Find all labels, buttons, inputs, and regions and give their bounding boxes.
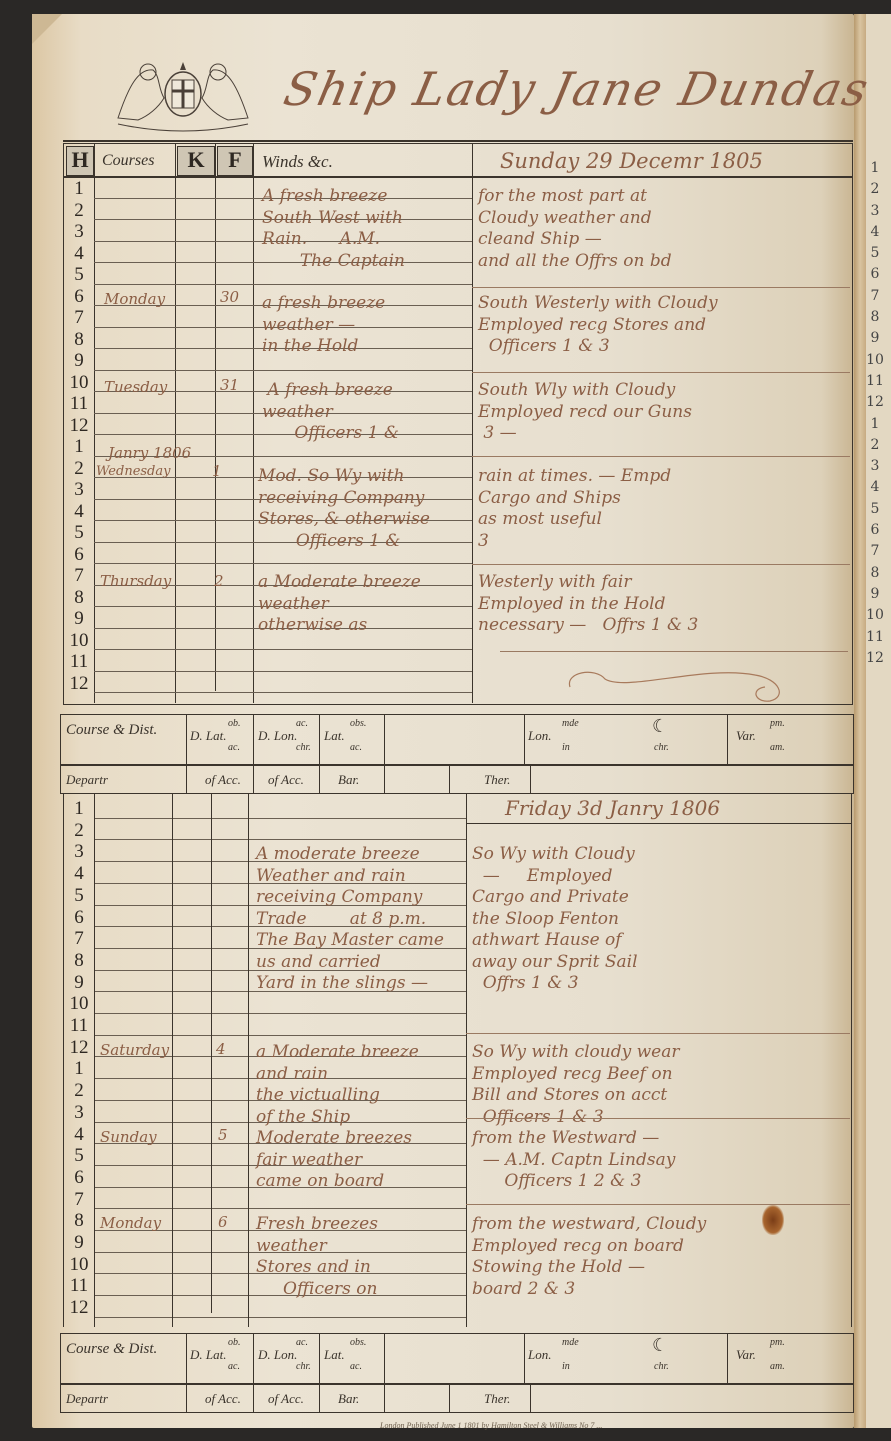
entry-tuesday-right: South Wly with Cloudy Employed recd our … [478, 380, 692, 445]
lon-mde: mde [562, 1337, 579, 1348]
right-border [851, 793, 852, 1327]
hour-number: 12 [64, 673, 94, 695]
day-separator [466, 1118, 850, 1119]
hour-number: 12 [64, 1297, 94, 1319]
diff-lon-label: D. Lon. [258, 728, 297, 744]
var-pm: pm. [770, 718, 785, 729]
hour-number: 5 [64, 1145, 94, 1167]
thermometer-label: Ther. [484, 772, 510, 788]
lat-ac: ac. [350, 742, 362, 753]
winds-col-divider [466, 793, 467, 1327]
diff-lon-label: D. Lon. [258, 1347, 297, 1363]
winds-column-header: Winds &c. [262, 152, 333, 172]
hour-number: 5 [64, 885, 94, 907]
hour-number: 11 [64, 393, 94, 415]
facing-hour-number: 1 [866, 416, 884, 437]
day-separator [466, 1033, 850, 1034]
var-am: am. [770, 742, 785, 753]
hour-number: 11 [64, 651, 94, 673]
fathoms-column-header: F [217, 146, 253, 176]
courses-col-divider [175, 143, 176, 703]
hour-number: 9 [64, 972, 94, 994]
lon-in: in [562, 742, 570, 753]
divider [186, 1333, 187, 1413]
entry-thursday-left: a Moderate breeze weather otherwise as [258, 572, 421, 637]
diff-lon-ac: ac. [296, 1337, 308, 1348]
moon-chr: chr. [654, 1361, 669, 1372]
hour-row-rule [94, 1208, 466, 1209]
moon-icon: ☾ [652, 716, 668, 737]
divider [727, 1333, 728, 1383]
hour-number: 3 [64, 841, 94, 863]
entry-monday-6-right: from the westward, Cloudy Employed recg … [472, 1214, 706, 1300]
lat-ac: ac. [350, 1361, 362, 1372]
hour-row-rule [94, 1013, 466, 1014]
entry-saturday-right: So Wy with cloudy wear Employed recg Bee… [472, 1042, 679, 1128]
hour-row-rule [94, 1317, 466, 1318]
hour-number: 3 [64, 479, 94, 501]
var-label: Var. [736, 728, 756, 744]
day-label-sunday: Sunday [100, 1128, 157, 1146]
course-dist-label: Course & Dist. [66, 722, 157, 739]
diff-lat-label: D. Lat. [190, 728, 226, 744]
facing-hour-number: 8 [866, 565, 884, 586]
hour-number: 4 [64, 243, 94, 265]
of-acc-label: of Acc. [268, 772, 304, 788]
facing-hour-number: 7 [866, 288, 884, 309]
k-col-divider [215, 143, 216, 691]
day-separator [500, 651, 848, 652]
day-separator [472, 372, 850, 373]
hour-number: 11 [64, 1015, 94, 1037]
hour-number: 8 [64, 587, 94, 609]
var-pm: pm. [770, 1337, 785, 1348]
barometer-label: Bar. [338, 772, 359, 788]
hour-col-divider [94, 143, 95, 703]
hour-number: 1 [64, 178, 94, 200]
day-separator [472, 564, 850, 565]
header-rule [63, 176, 853, 178]
divider [384, 1333, 385, 1413]
hour-number: 8 [64, 329, 94, 351]
facing-hour-number: 6 [866, 522, 884, 543]
facing-hour-number: 10 [866, 352, 884, 373]
publisher-imprint: London Published June 1 1801 by Hamilton… [380, 1421, 602, 1430]
hour-row-rule [94, 692, 472, 693]
hour-col-divider [94, 793, 95, 1327]
entry-tuesday-left: A fresh breeze weather Officers 1 & [262, 380, 399, 445]
left-border [63, 793, 64, 1327]
hour-number: 7 [64, 1189, 94, 1211]
entry-friday-left: A moderate breeze Weather and rain recei… [256, 844, 444, 995]
hour-number: 4 [64, 863, 94, 885]
hour-number: 9 [64, 1232, 94, 1254]
entry-monday-6-left: Fresh breezes weather Stores and in Offi… [256, 1214, 378, 1300]
hour-number: 7 [64, 307, 94, 329]
facing-hour-number: 7 [866, 543, 884, 564]
hour-number: 6 [64, 286, 94, 308]
coat-of-arms-icon [98, 58, 268, 132]
hour-number: 1 [64, 436, 94, 458]
facing-hour-number: 6 [866, 266, 884, 287]
entry-wednesday-right: rain at times. — Empd Cargo and Ships as… [478, 466, 671, 552]
moon-icon: ☾ [652, 1335, 668, 1356]
day-label-tuesday: Tuesday [104, 378, 167, 396]
hour-number: 12 [64, 1037, 94, 1059]
hour-row-rule [94, 839, 466, 840]
diff-lat-ac: ac. [228, 742, 240, 753]
hour-number: 6 [64, 544, 94, 566]
courses-col-divider [172, 793, 173, 1327]
facing-hour-number: 4 [866, 224, 884, 245]
hour-number: 3 [64, 1102, 94, 1124]
facing-hour-number: 4 [866, 479, 884, 500]
divider [319, 1333, 320, 1413]
date-label-1: 1 [212, 462, 222, 480]
hour-number: 9 [64, 608, 94, 630]
hour-number: 1 [64, 1058, 94, 1080]
ship-name-title: Ship Lady Jane Dundas [279, 62, 874, 116]
lon-mde: mde [562, 718, 579, 729]
top-date-heading: Sunday 29 Decemr 1805 [500, 149, 763, 173]
facing-hour-number: 10 [866, 607, 884, 628]
course-dist-label: Course & Dist. [66, 1341, 157, 1358]
divider [253, 714, 254, 794]
hour-row-rule [94, 1035, 466, 1036]
hour-column-header: H [66, 146, 94, 176]
top-rule [63, 140, 853, 142]
bottom-date-heading: Friday 3d Janry 1806 [505, 796, 720, 820]
lat-obs: obs. [350, 1337, 366, 1348]
departure-label: Departr [66, 772, 108, 788]
hour-number: 12 [64, 415, 94, 437]
barometer-label: Bar. [338, 1391, 359, 1407]
entry-sunday-left: A fresh breeze South West with Rain. A.M… [262, 186, 405, 272]
date-label-5: 5 [218, 1126, 228, 1144]
day-separator [466, 1204, 850, 1205]
date-label-2: 2 [214, 572, 224, 590]
entry-saturday-left: a Moderate breeze and rain the victualli… [256, 1042, 419, 1128]
facing-page-hour-column: 123456789101112123456789101112 [866, 160, 884, 671]
day-label-thursday: Thursday [100, 572, 171, 590]
lat-label: Lat. [324, 1347, 345, 1363]
day-separator [472, 456, 850, 457]
hour-number: 2 [64, 458, 94, 480]
entry-sunday-5-right: from the Westward — — A.M. Captn Lindsay… [472, 1128, 675, 1193]
lon-in: in [562, 1361, 570, 1372]
hour-number: 5 [64, 522, 94, 544]
facing-hour-number: 8 [866, 309, 884, 330]
day-separator [472, 287, 850, 288]
facing-page-edge: 123456789101112123456789101112 [866, 14, 891, 1428]
divider [530, 764, 531, 794]
day-label-saturday: Saturday [100, 1041, 169, 1059]
facing-hour-number: 9 [866, 586, 884, 607]
facing-hour-number: 5 [866, 501, 884, 522]
divider [253, 1333, 254, 1413]
facing-hour-number: 11 [866, 373, 884, 394]
hour-number: 2 [64, 820, 94, 842]
hour-number: 2 [64, 200, 94, 222]
lat-obs: obs. [350, 718, 366, 729]
lon-label: Lon. [528, 1347, 551, 1363]
facing-hour-number: 2 [866, 181, 884, 202]
f-col-divider [248, 793, 249, 1327]
divider [449, 1383, 450, 1413]
top-log-table [63, 143, 853, 705]
hour-number: 10 [64, 372, 94, 394]
flourish-ornament [565, 667, 790, 707]
hour-row-rule [94, 284, 472, 285]
hour-number: 4 [64, 501, 94, 523]
divider [449, 764, 450, 794]
divider [524, 714, 525, 764]
day-label-monday: Monday [104, 290, 165, 308]
diff-lat-ob: ob. [228, 1337, 241, 1348]
hour-row-rule [94, 563, 472, 564]
divider [727, 714, 728, 764]
entry-monday-right: South Westerly with Cloudy Employed recg… [478, 293, 718, 358]
of-acc-label: of Acc. [205, 1391, 241, 1407]
diff-lat-ob: ob. [228, 718, 241, 729]
thermometer-label: Ther. [484, 1391, 510, 1407]
position-grid [60, 714, 854, 794]
date-label-6: 6 [218, 1213, 228, 1231]
of-acc-label: of Acc. [205, 772, 241, 788]
ink-stain [762, 1205, 784, 1235]
lat-label: Lat. [324, 728, 345, 744]
hour-number: 10 [64, 993, 94, 1015]
hour-number: 3 [64, 221, 94, 243]
hour-number: 8 [64, 1210, 94, 1232]
hour-number: 10 [64, 1254, 94, 1276]
divider [530, 1383, 531, 1413]
var-label: Var. [736, 1347, 756, 1363]
date-label-30: 30 [220, 288, 239, 306]
hour-number: 8 [64, 950, 94, 972]
hour-number: 2 [64, 1080, 94, 1102]
diff-lon-chr: chr. [296, 1361, 311, 1372]
book-gutter [854, 14, 866, 1428]
facing-hour-number: 9 [866, 330, 884, 351]
var-am: am. [770, 1361, 785, 1372]
facing-hour-number: 3 [866, 458, 884, 479]
moon-chr: chr. [654, 742, 669, 753]
date-label-4: 4 [216, 1040, 226, 1058]
courses-column-header: Courses [102, 152, 154, 170]
entry-friday-right: So Wy with Cloudy — Employed Cargo and P… [472, 844, 638, 995]
facing-hour-number: 1 [866, 160, 884, 181]
departure-label: Departr [66, 1391, 108, 1407]
entry-thursday-right: Westerly with fair Employed in the Hold … [478, 572, 698, 637]
position-mid-rule [60, 1383, 854, 1385]
hour-number: 10 [64, 630, 94, 652]
knots-column-header: K [177, 146, 215, 176]
entry-monday-left: a fresh breeze weather — in the Hold [262, 293, 385, 358]
facing-hour-number: 12 [866, 650, 884, 671]
hour-row-rule [94, 370, 472, 371]
day-label-monday-6: Monday [100, 1214, 161, 1232]
day-label-wednesday: Wednesday [96, 464, 170, 479]
hour-number: 7 [64, 928, 94, 950]
entry-sunday-right: for the most part at Cloudy weather and … [478, 186, 672, 272]
divider [186, 714, 187, 794]
divider [319, 714, 320, 794]
hour-number: 1 [64, 798, 94, 820]
divider [384, 714, 385, 794]
entry-sunday-5-left: Moderate breezes fair weather came on bo… [256, 1128, 412, 1193]
hour-row-rule [94, 649, 472, 650]
hour-number: 11 [64, 1275, 94, 1297]
f-col-divider [253, 143, 254, 703]
lon-label: Lon. [528, 728, 551, 744]
date-heading-rule [466, 823, 851, 824]
of-acc-label: of Acc. [268, 1391, 304, 1407]
diff-lat-ac: ac. [228, 1361, 240, 1372]
divider [524, 1333, 525, 1383]
hour-number: 6 [64, 907, 94, 929]
hour-row-rule [94, 671, 472, 672]
facing-hour-number: 5 [866, 245, 884, 266]
entry-wednesday-left: Mod. So Wy with receiving Company Stores… [258, 466, 430, 552]
hour-number: 4 [64, 1124, 94, 1146]
position-grid [60, 1333, 854, 1413]
hour-row-rule [94, 818, 466, 819]
diff-lon-chr: chr. [296, 742, 311, 753]
facing-hour-number: 12 [866, 394, 884, 415]
hour-number: 6 [64, 1167, 94, 1189]
diff-lon-ac: ac. [296, 718, 308, 729]
winds-col-divider [472, 143, 473, 703]
hour-number: 9 [64, 350, 94, 372]
date-label-31: 31 [220, 376, 239, 394]
hour-number: 7 [64, 565, 94, 587]
hour-number: 5 [64, 264, 94, 286]
diff-lat-label: D. Lat. [190, 1347, 226, 1363]
month-label-jan-1806: Janry 1806 [108, 444, 191, 462]
position-mid-rule [60, 764, 854, 766]
facing-hour-number: 2 [866, 437, 884, 458]
facing-hour-number: 3 [866, 203, 884, 224]
k-col-divider [211, 793, 212, 1313]
facing-hour-number: 11 [866, 629, 884, 650]
